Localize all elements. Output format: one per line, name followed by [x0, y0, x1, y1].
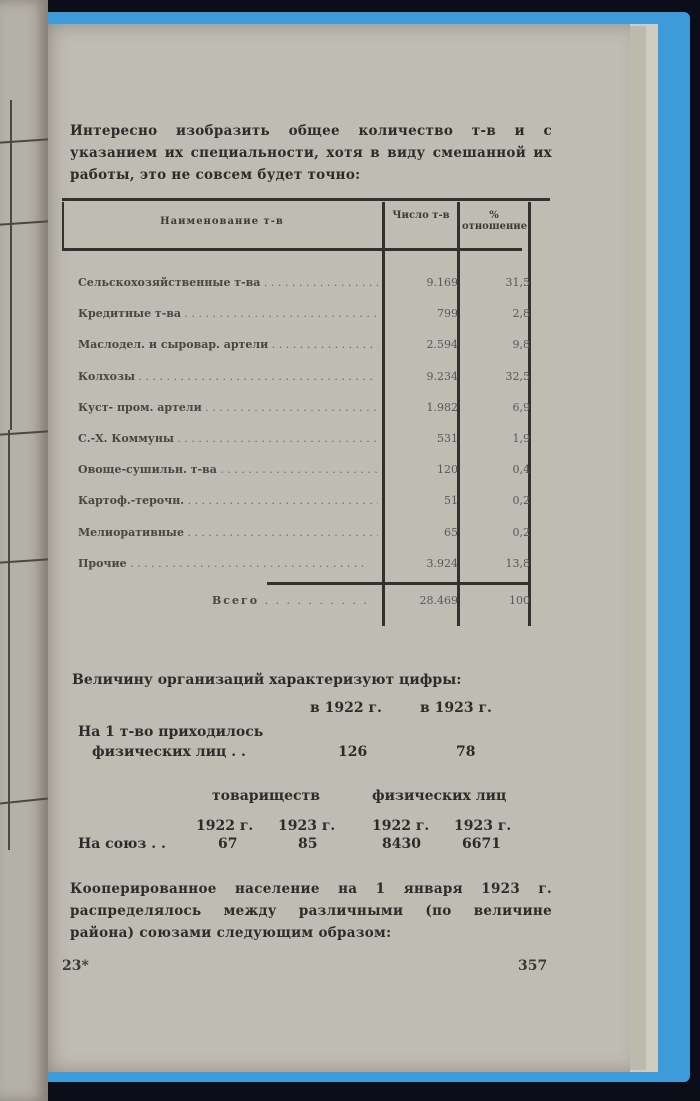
row-percent: 6,9 — [464, 401, 530, 414]
size-value-1923: 78 — [456, 744, 475, 760]
row-count: 3.924 — [382, 557, 458, 570]
row-percent: 2,8 — [464, 307, 530, 320]
row-count: 2.594 — [382, 338, 458, 351]
table-row: Куст- пром. артели 1.982 6,9 — [62, 401, 550, 433]
header-percent: % отношение — [462, 210, 526, 232]
table-row: Овоще-сушильн. т-ва 120 0,4 — [62, 463, 550, 495]
row-name: Маслодел. и сыровар. артели — [78, 338, 378, 351]
row-name: Сельскохозяйственные т-ва — [78, 276, 378, 289]
union-year: 1922 г. — [196, 818, 253, 834]
union-value: 8430 — [382, 836, 421, 852]
row-count: 1.982 — [382, 401, 458, 414]
size-year-1922: в 1922 г. — [310, 700, 382, 716]
union-row-label: На союз . . — [78, 836, 166, 852]
page-number: 357 — [518, 958, 547, 974]
union-year: 1923 г. — [454, 818, 511, 834]
table-row: Картоф.-терочн. 51 0,2 — [62, 494, 550, 526]
union-year: 1923 г. — [278, 818, 335, 834]
header-count: Число т-в — [388, 210, 454, 221]
size-row-label-2: физических лиц . . — [92, 744, 246, 760]
total-percent: 100 — [464, 594, 530, 607]
row-name: Кредитные т-ва — [78, 307, 378, 320]
union-year: 1922 г. — [372, 818, 429, 834]
row-count: 799 — [382, 307, 458, 320]
row-percent: 32,5 — [464, 370, 530, 383]
total-count: 28.469 — [382, 594, 458, 607]
union-value: 6671 — [462, 836, 501, 852]
total-label: Всего — [212, 594, 372, 607]
row-name: Куст- пром. артели — [78, 401, 378, 414]
table-row: Кредитные т-ва 799 2,8 — [62, 307, 550, 339]
table-row: Колхозы 9.234 32,5 — [62, 370, 550, 402]
table-row: Сельскохозяйственные т-ва 9.169 31,5 — [62, 276, 550, 308]
row-name: Колхозы — [78, 370, 378, 383]
row-count: 51 — [382, 494, 458, 507]
group-persons: физических лиц — [372, 788, 506, 804]
signature-mark: 23* — [62, 958, 89, 974]
header-name: Наименование т-в — [72, 216, 372, 227]
row-percent: 1,9 — [464, 432, 530, 445]
row-percent: 0,2 — [464, 494, 530, 507]
table-total-row: Всего 28.469 100 — [62, 594, 550, 626]
closing-paragraph: Кооперированное население на 1 января 19… — [70, 878, 552, 944]
left-page-rule — [10, 100, 12, 430]
size-lead: Величину организаций характеризуют цифры… — [72, 672, 461, 688]
union-value: 67 — [218, 836, 237, 852]
union-value: 85 — [298, 836, 317, 852]
row-name: С.-Х. Коммуны — [78, 432, 378, 445]
size-value-1922: 126 — [338, 744, 367, 760]
left-page-rule — [0, 220, 48, 225]
table-row: С.-Х. Коммуны 531 1,9 — [62, 432, 550, 464]
row-percent: 0,2 — [464, 526, 530, 539]
row-percent: 31,5 — [464, 276, 530, 289]
row-count: 9.169 — [382, 276, 458, 289]
left-page-rule — [8, 430, 10, 850]
row-name: Картоф.-терочн. — [78, 494, 378, 507]
row-name: Овоще-сушильн. т-ва — [78, 463, 378, 476]
group-partnerships: товариществ — [212, 788, 320, 804]
row-count: 120 — [382, 463, 458, 476]
table-row: Прочие 3.924 13,8 — [62, 557, 550, 589]
table-row: Маслодел. и сыровар. артели 2.594 9,8 — [62, 338, 550, 370]
facing-left-page — [0, 0, 48, 1101]
header-bottom-rule — [62, 248, 522, 251]
row-percent: 0,4 — [464, 463, 530, 476]
row-percent: 9,8 — [464, 338, 530, 351]
table-top-rule — [62, 198, 550, 201]
left-page-rule — [0, 138, 48, 143]
row-count: 531 — [382, 432, 458, 445]
intro-paragraph: Интересно изобразить общее количество т-… — [70, 120, 552, 186]
row-count: 9.234 — [382, 370, 458, 383]
row-count: 65 — [382, 526, 458, 539]
row-percent: 13,8 — [464, 557, 530, 570]
row-name: Мелиоративные — [78, 526, 378, 539]
table-left-rule — [62, 202, 64, 250]
size-row-label-1: На 1 т-во приходилось — [78, 724, 263, 740]
size-year-1923: в 1923 г. — [420, 700, 492, 716]
cooperatives-table: Наименование т-в Число т-в % отношение С… — [62, 198, 550, 626]
row-name: Прочие — [78, 557, 378, 570]
table-row: Мелиоративные 65 0,2 — [62, 526, 550, 558]
